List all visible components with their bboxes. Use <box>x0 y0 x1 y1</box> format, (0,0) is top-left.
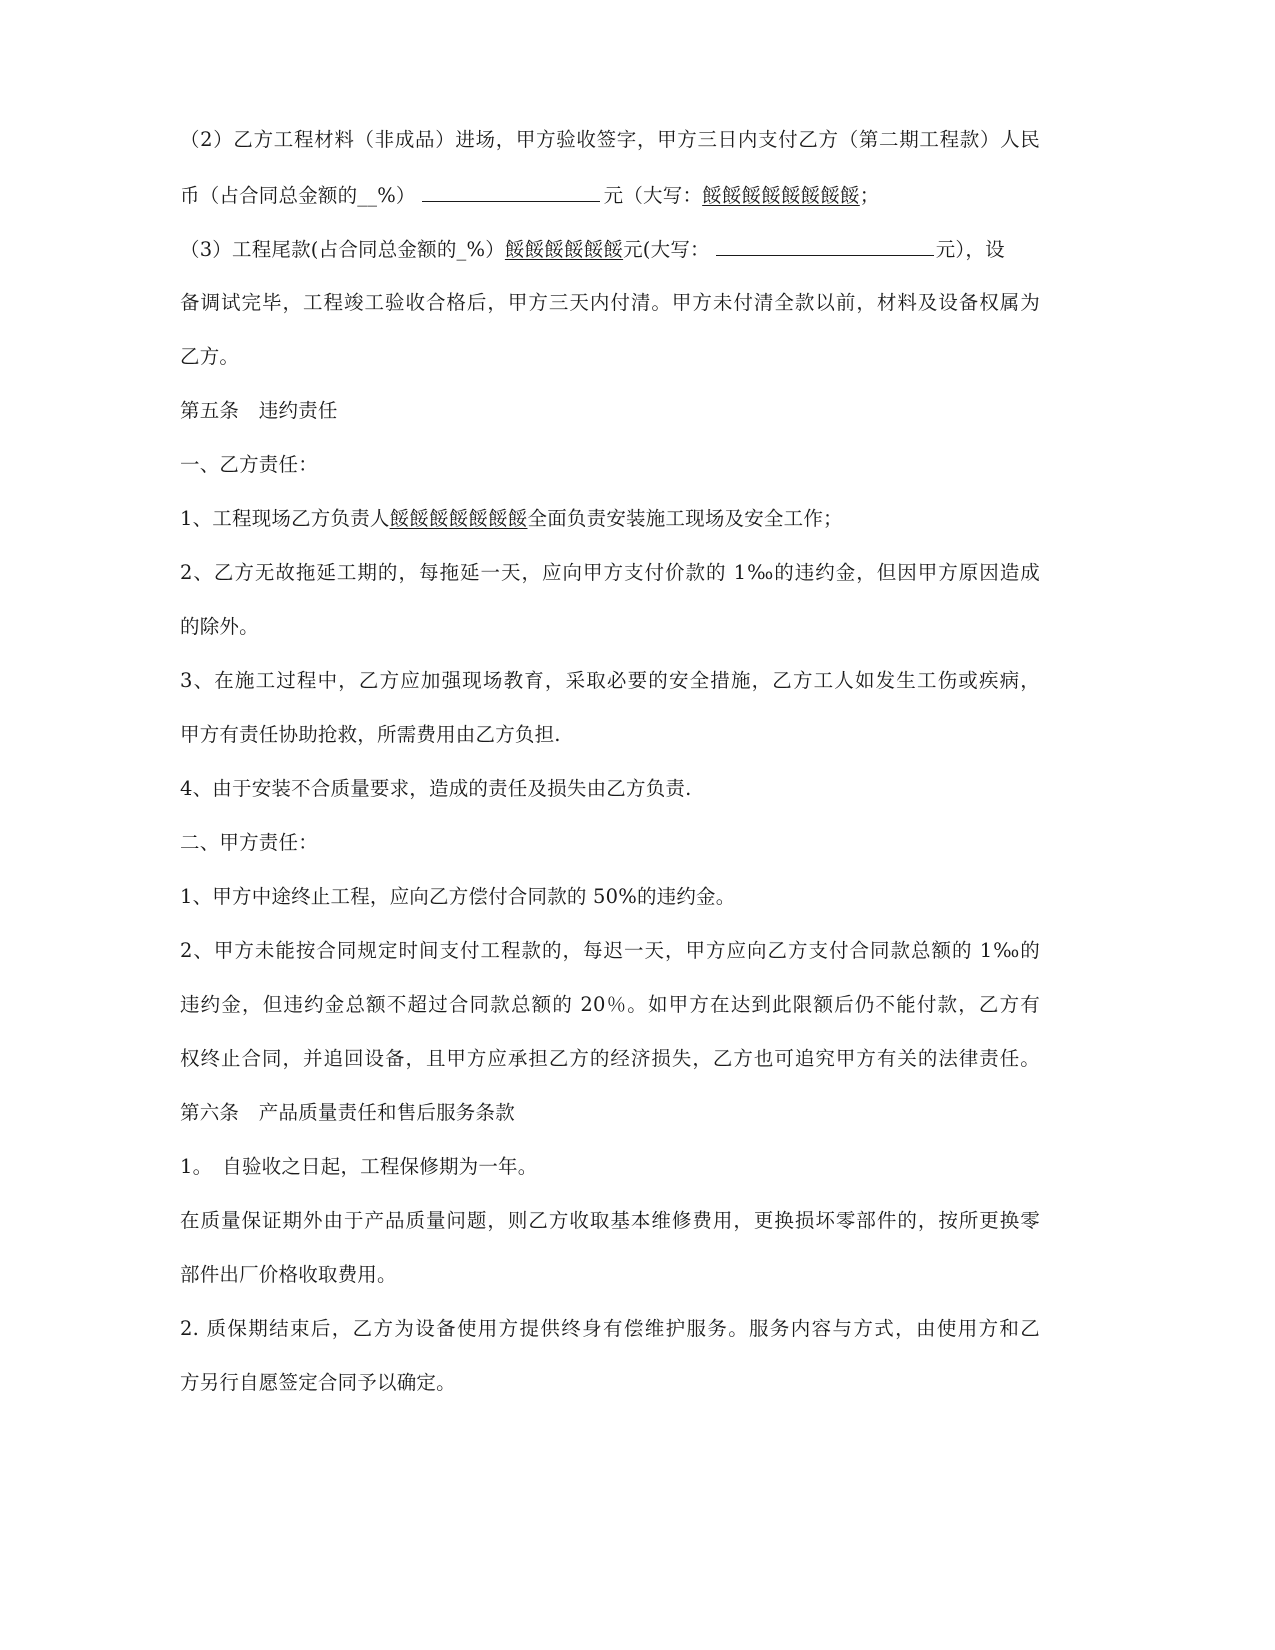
warranty-paragraph-line-1: 在质量保证期外由于产品质量问题，则乙方收取基本维修费用，更换损坏零部件的，按所更… <box>180 1209 1040 1233</box>
document-page: （2）乙方工程材料（非成品）进场，甲方验收签字，甲方三日内支付乙方（第二期工程款… <box>0 0 1275 1650</box>
final-payment-amount: 餒餒餒餒餒餒 <box>505 238 623 261</box>
final-payment-label: （3）工程尾款(占合同总金额的_%） <box>180 238 505 261</box>
party-a-item-1: 1、甲方中途终止工程，应向乙方偿付合同款的 50%的违约金。 <box>180 885 1040 909</box>
amount-words-value: 餒餒餒餒餒餒餒餒 <box>702 184 860 207</box>
party-b-item-1: 1、工程现场乙方负责人餒餒餒餒餒餒餒全面负责安装施工现场及安全工作； <box>180 507 1040 531</box>
item-1-label: 1、工程现场乙方负责人 <box>180 507 390 530</box>
payment-clause-2-line-1: （2）乙方工程材料（非成品）进场，甲方验收签字，甲方三日内支付乙方（第二期工程款… <box>180 128 1040 152</box>
amount-blank <box>422 183 600 202</box>
party-a-liability-heading: 二、甲方责任： <box>180 831 1040 855</box>
party-a-item-2-line-1: 2、甲方未能按合同规定时间支付工程款的，每迟一天，甲方应向乙方支付合同款总额的 … <box>180 939 1040 963</box>
warranty-item-2-line-2: 方另行自愿签定合同予以确定。 <box>180 1371 1040 1395</box>
warranty-item-2-line-1: 2. 质保期结束后，乙方为设备使用方提供终身有偿维护服务。服务内容与方式，由使用… <box>180 1317 1040 1341</box>
party-a-item-2-line-2: 违约金，但违约金总额不超过合同款总额的 20％。如甲方在达到此限额后仍不能付款，… <box>180 993 1040 1017</box>
payment-clause-3-line-2: 备调试完毕，工程竣工验收合格后，甲方三天内付清。甲方未付清全款以前，材料及设备权… <box>180 291 1040 315</box>
warranty-paragraph-line-2: 部件出厂价格收取费用。 <box>180 1263 1040 1287</box>
semicolon: ； <box>860 184 880 207</box>
warranty-item-1: 1。 自验收之日起，工程保修期为一年。 <box>180 1155 1040 1179</box>
article-5-heading: 第五条 违约责任 <box>180 399 1040 423</box>
payment-clause-2-line-2: 币（占合同总金额的__%）元（大写：餒餒餒餒餒餒餒餒； <box>180 183 1040 208</box>
party-b-item-2-line-2: 的除外。 <box>180 615 1040 639</box>
article-6-heading: 第六条 产品质量责任和售后服务条款 <box>180 1101 1040 1125</box>
party-b-item-3-line-1: 3、在施工过程中，乙方应加强现场教育，采取必要的安全措施，乙方工人如发生工伤或疾… <box>180 669 1040 693</box>
site-manager-name: 餒餒餒餒餒餒餒 <box>390 507 528 530</box>
amount-words-label: 元（大写： <box>604 184 703 207</box>
payment-clause-3-line-1: （3）工程尾款(占合同总金额的_%）餒餒餒餒餒餒元(大写：元），设 <box>180 237 1040 262</box>
party-b-item-4: 4、由于安装不合质量要求，造成的责任及损失由乙方负责. <box>180 777 1040 801</box>
party-a-item-2-line-3: 权终止合同，并追回设备，且甲方应承担乙方的经济损失，乙方也可追究甲方有关的法律责… <box>180 1047 1040 1071</box>
party-b-item-2-line-1: 2、乙方无故拖延工期的，每拖延一天，应向甲方支付价款的 1‰的违约金，但因甲方原… <box>180 561 1040 585</box>
percent-label: 币（占合同总金额的__%） <box>180 184 416 207</box>
final-payment-words-label: 元(大写： <box>623 238 710 261</box>
item-1-tail: 全面负责安装施工现场及安全工作； <box>528 507 843 530</box>
party-b-item-3-line-2: 甲方有责任协助抢救，所需费用由乙方负担. <box>180 723 1040 747</box>
final-payment-tail: 元），设 <box>936 238 1005 261</box>
party-b-liability-heading: 一、乙方责任： <box>180 453 1040 477</box>
final-payment-words-blank <box>716 237 934 256</box>
payment-clause-3-line-3: 乙方。 <box>180 345 1040 369</box>
